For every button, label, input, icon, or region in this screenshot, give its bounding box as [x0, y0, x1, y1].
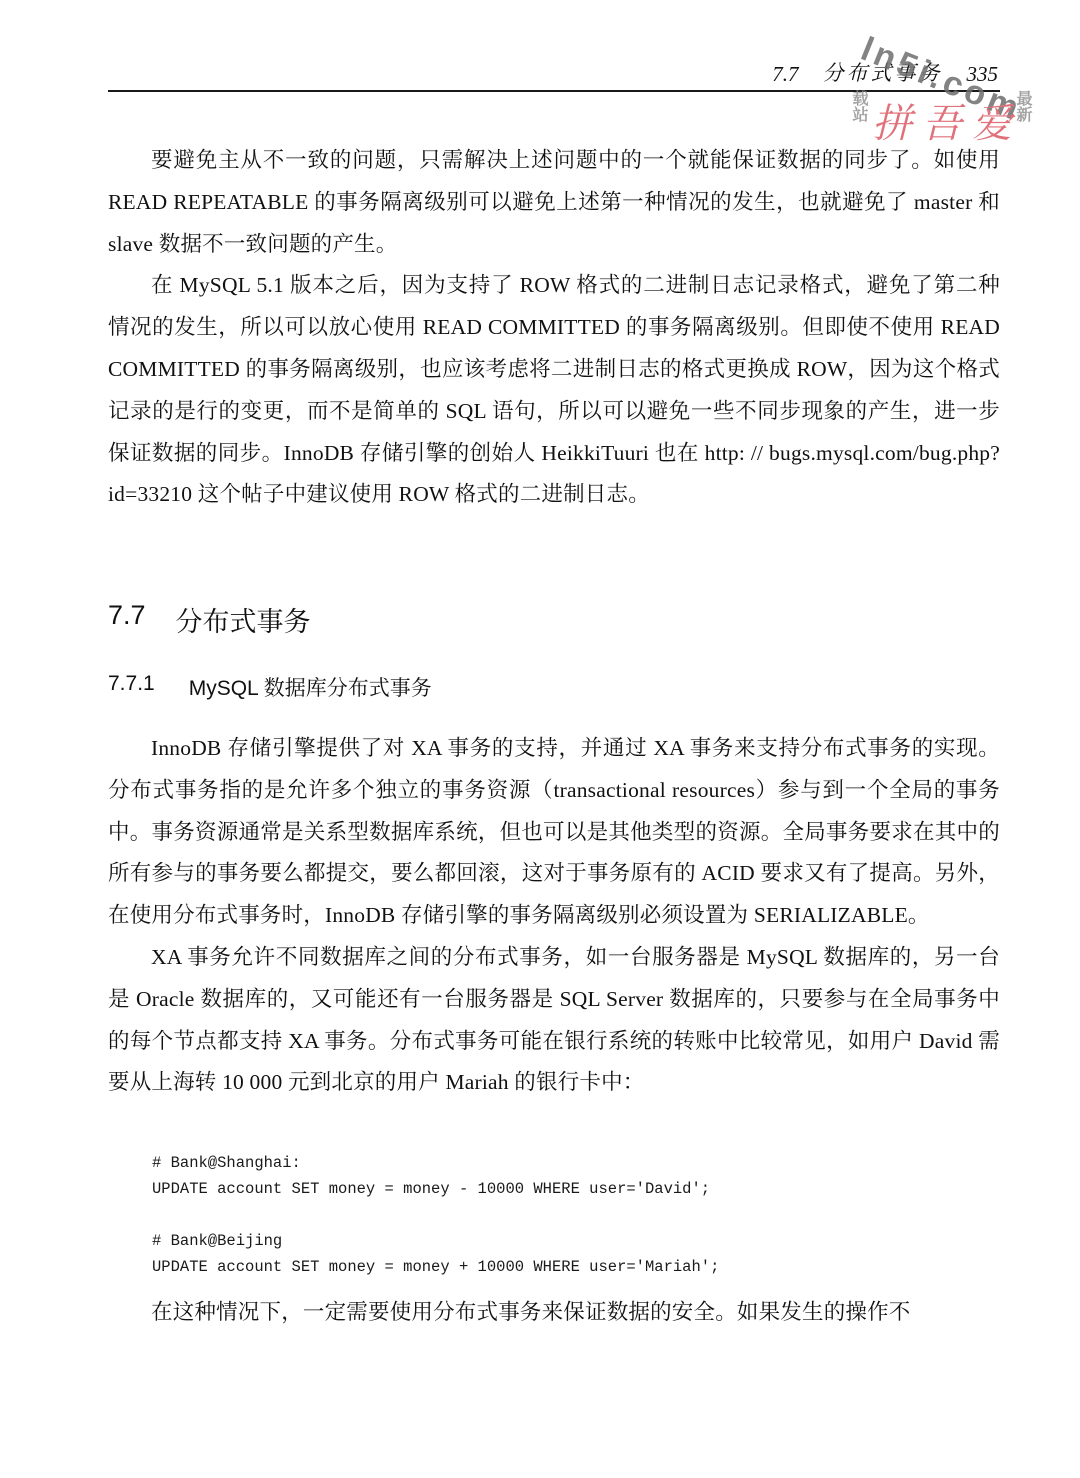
code-line — [152, 1202, 719, 1228]
section-title: 分布式事务 — [176, 600, 311, 639]
paragraph: 要避免主从不一致的问题，只需解决上述问题中的一个就能保证数据的同步了。如使用 R… — [108, 140, 1000, 265]
paragraph: InnoDB 存储引擎提供了对 XA 事务的支持，并通过 XA 事务来支持分布式… — [108, 728, 1000, 937]
page-number: 335 — [967, 62, 999, 87]
paragraph: 在这种情况下，一定需要使用分布式事务来保证数据的安全。如果发生的操作不 — [108, 1292, 1000, 1334]
body-text-bottom: 在这种情况下，一定需要使用分布式事务来保证数据的安全。如果发生的操作不 — [108, 1292, 1000, 1334]
code-line: # Bank@Beijing — [152, 1228, 719, 1254]
paragraph: XA 事务允许不同数据库之间的分布式事务，如一台服务器是 MySQL 数据库的，… — [108, 937, 1000, 1104]
paragraph: 在 MySQL 5.1 版本之后，因为支持了 ROW 格式的二进制日志记录格式，… — [108, 265, 1000, 516]
watermark-side-left: 载站 — [848, 90, 871, 122]
section-heading: 7.7 分布式事务 — [108, 600, 311, 639]
section-number: 7.7 — [108, 600, 146, 639]
header-section-title: 分布式事务 — [823, 57, 943, 87]
header-section-number: 7.7 — [772, 62, 798, 87]
code-block: # Bank@Shanghai:UPDATE account SET money… — [152, 1150, 719, 1280]
code-line: # Bank@Shanghai: — [152, 1150, 719, 1176]
subsection-title: MySQL 数据库分布式事务 — [189, 672, 432, 702]
running-header: 7.7 分布式事务 335 — [108, 56, 1000, 92]
subsection-heading: 7.7.1 MySQL 数据库分布式事务 — [108, 672, 432, 702]
body-text-mid: InnoDB 存储引擎提供了对 XA 事务的支持，并通过 XA 事务来支持分布式… — [108, 728, 1000, 1104]
code-line: UPDATE account SET money = money - 10000… — [152, 1176, 719, 1202]
watermark-side-right: 最新 — [1012, 90, 1035, 122]
subsection-number: 7.7.1 — [108, 672, 155, 702]
body-text-top: 要避免主从不一致的问题，只需解决上述问题中的一个就能保证数据的同步了。如使用 R… — [108, 140, 1000, 516]
code-line: UPDATE account SET money = money + 10000… — [152, 1254, 719, 1280]
